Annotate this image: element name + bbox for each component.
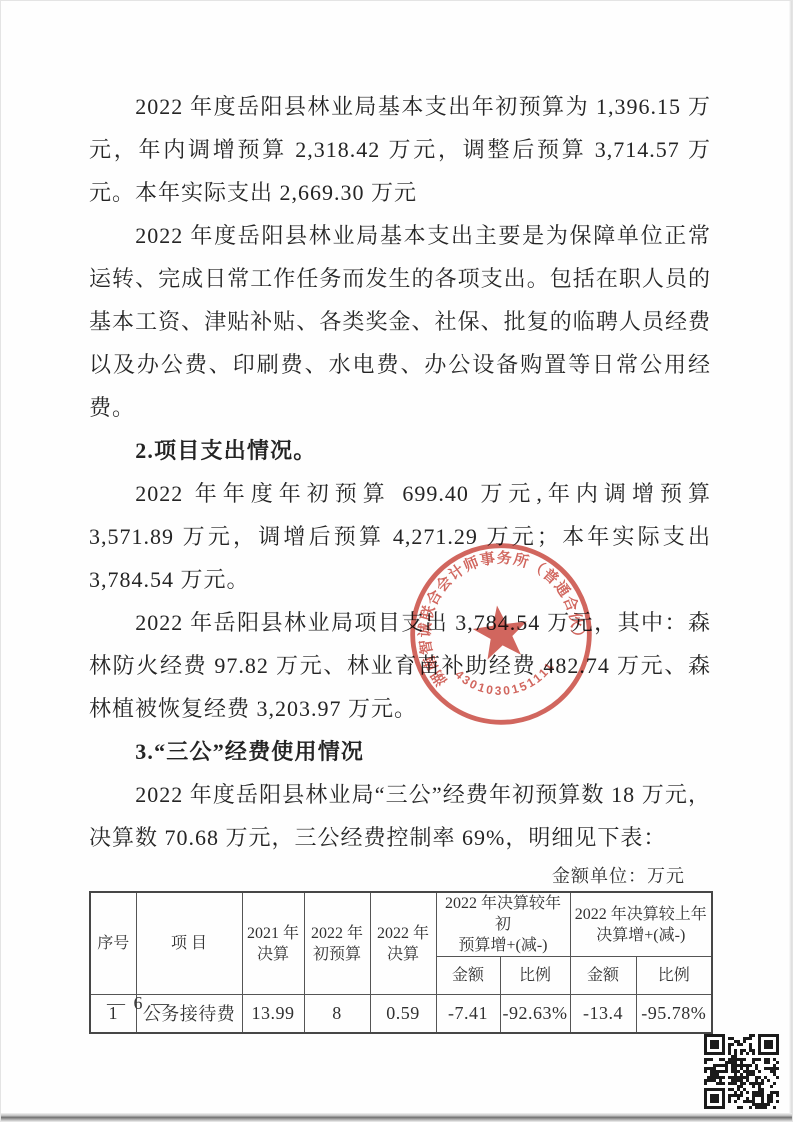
qr-code-pattern xyxy=(704,1034,779,1109)
qr-code xyxy=(704,1034,779,1109)
col-header-item: 项 目 xyxy=(136,892,242,995)
scan-edge-right xyxy=(789,1,792,1121)
paragraph-basic-purpose: 2022 年度岳阳县林业局基本支出主要是为保障单位正常运转、完成日常工作任务而发… xyxy=(89,214,711,429)
cell-2022-final: 0.59 xyxy=(370,995,436,1033)
cell-vs-budget-amount: -7.41 xyxy=(436,995,500,1033)
col-header-2022-final: 2022 年 决算 xyxy=(370,892,436,995)
table-row: 1 公务接待费 13.99 8 0.59 -7.41 -92.63% -13.4… xyxy=(90,995,712,1033)
col-header-2022-budget: 2022 年 初预算 xyxy=(304,892,370,995)
col-group-vs-prev-year: 2022 年决算较上年 决算增+(减-) xyxy=(570,892,712,957)
col-header-amount-2: 金额 xyxy=(570,957,636,995)
three-public-funds-table: 序号 项 目 2021 年 决算 2022 年 初预算 2022 年 决算 20… xyxy=(89,891,713,1034)
col-header-2021-final: 2021 年 决算 xyxy=(242,892,304,995)
scan-edge-bottom xyxy=(1,1113,792,1121)
heading-three-public-funds: 3.“三公”经费使用情况 xyxy=(89,730,711,773)
cell-vs-prev-amount: -13.4 xyxy=(570,995,636,1033)
paragraph-three-public-funds: 2022 年度岳阳县林业局“三公”经费年初预算数 18 万元，决算数 70.68… xyxy=(89,773,711,859)
scanned-document-page: 2022 年度岳阳县林业局基本支出年初预算为 1,396.15 万元，年内调增预… xyxy=(0,0,793,1122)
table-unit-label: 金额单位：万元 xyxy=(89,863,711,889)
col-header-ratio-2: 比例 xyxy=(636,957,712,995)
cell-2021-final: 13.99 xyxy=(242,995,304,1033)
col-header-ratio-1: 比例 xyxy=(500,957,570,995)
col-group-vs-initial-budget: 2022 年决算较年初 预算增+(减-) xyxy=(436,892,570,957)
cell-vs-budget-ratio: -92.63% xyxy=(500,995,570,1033)
document-body: 2022 年度岳阳县林业局基本支出年初预算为 1,396.15 万元，年内调增预… xyxy=(89,85,711,1034)
paragraph-basic-budget: 2022 年度岳阳县林业局基本支出年初预算为 1,396.15 万元，年内调增预… xyxy=(89,85,711,214)
paragraph-project-budget: 2022 年年度年初预算 699.40 万元,年内调增预算 3,571.89 万… xyxy=(89,472,711,601)
cell-2022-budget: 8 xyxy=(304,995,370,1033)
paragraph-project-detail: 2022 年岳阳县林业局项目支出 3,784.54 万元，其中：森林防火经费 9… xyxy=(89,601,711,730)
page-number: — 6 — xyxy=(107,993,171,1014)
col-header-amount-1: 金额 xyxy=(436,957,500,995)
col-header-seq: 序号 xyxy=(90,892,136,995)
heading-project-expenditure: 2.项目支出情况。 xyxy=(89,429,711,472)
cell-vs-prev-ratio: -95.78% xyxy=(636,995,712,1033)
